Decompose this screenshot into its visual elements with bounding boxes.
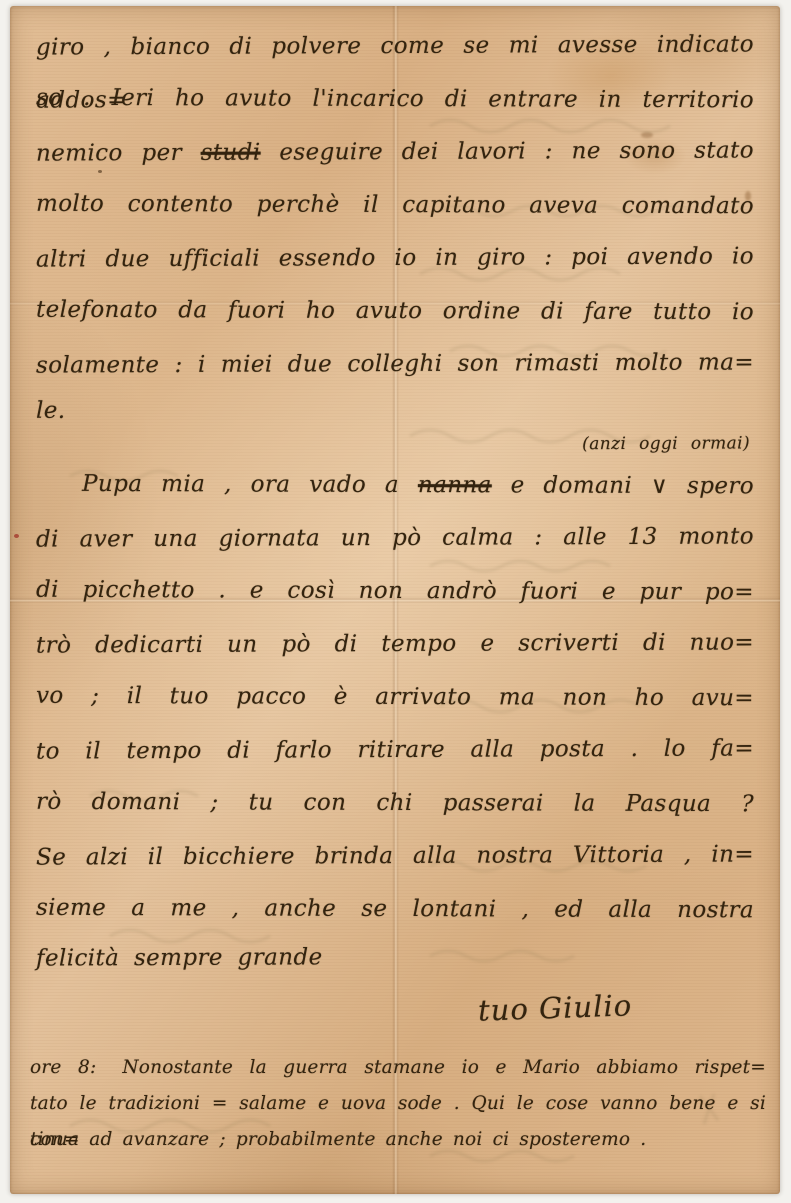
text-run: (anzi oggi ormai) (582, 433, 750, 454)
text-run: solamente : i miei due colleghi son rima… (36, 349, 754, 378)
text-run: Se alzi il bicchiere brinda alla nostra … (36, 841, 754, 870)
struck-word: studi (201, 140, 261, 166)
letter-line: telefonato da fuori ho avuto ordine di f… (36, 284, 754, 340)
letter-line: di picchetto . e così non andrò fuori e … (36, 564, 754, 620)
letter-line: trò dedicarti un pò di tempo e scriverti… (36, 616, 754, 672)
postscript-line: tinua ad avanzare ; probabilmente anche … (30, 1122, 766, 1158)
text-run: e domani ∨ spero (492, 472, 754, 499)
letter-line: solamente : i miei due colleghi son rima… (36, 336, 754, 392)
signature: tuo Giulio (477, 988, 632, 1027)
letter-line: sieme a me , anche se lontani , ed alla … (36, 882, 754, 938)
letter-line: Pupa mia , ora vado a nanna e domani ∨ s… (36, 458, 754, 514)
text-run: nemico per (36, 140, 201, 167)
text-run: le. (36, 398, 66, 424)
letter-page: giro , bianco di polvere come se mi aves… (10, 6, 780, 1194)
postscript: ore 8:Nonostante la guerra stamane io e … (30, 1050, 766, 1158)
postscript-time-label: ore 8: (30, 1057, 96, 1078)
letter-line: vo ; il tuo pacco è arrivato ma non ho a… (36, 670, 754, 726)
text-run: di aver una giornata un pò calma : alle … (36, 523, 754, 552)
postscript-line: tato le tradizioni = salame e uova sode … (30, 1086, 766, 1122)
text-run: telefonato da fuori ho avuto ordine di f… (36, 297, 754, 326)
letter-line: rò domani ; tu con chi passerai la Pasqu… (36, 776, 754, 832)
text-run: altri due ufficiali essendo io in giro :… (36, 243, 754, 272)
letter-line: le. (36, 390, 754, 435)
text-run: trò dedicarti un pò di tempo e scriverti… (36, 629, 754, 658)
text-run: Pupa mia , ora vado a (82, 471, 418, 498)
letter-line: giro , bianco di polvere come se mi aves… (36, 18, 754, 74)
text-run: to il tempo di farlo ritirare alla posta… (36, 735, 754, 764)
text-run: molto contento perchè il capitano aveva … (36, 191, 754, 220)
letter-line: to il tempo di farlo ritirare alla posta… (36, 722, 754, 778)
text-run: eseguire dei lavori : ne sono stato (261, 137, 754, 165)
letter-line: di aver una giornata un pò calma : alle … (36, 510, 754, 566)
text-run: sieme a me , anche se lontani , ed alla … (36, 895, 754, 924)
postscript-line: ore 8:Nonostante la guerra stamane io e … (30, 1050, 766, 1086)
letter-line: felicità sempre grande (36, 934, 754, 979)
letter-line: so . Ieri ho avuto l'incarico di entrare… (36, 72, 754, 128)
letter-line: Se alzi il bicchiere brinda alla nostra … (36, 828, 754, 884)
letter-line: nemico per studi eseguire dei lavori : n… (36, 124, 754, 180)
text-run: vo ; il tuo pacco è arrivato ma non ho a… (36, 683, 754, 712)
text-run: rò domani ; tu con chi passerai la Pasqu… (36, 789, 754, 818)
text-run: felicità sempre grande (36, 944, 323, 971)
letter-line: altri due ufficiali essendo io in giro :… (36, 230, 754, 286)
letter-line: molto contento perchè il capitano aveva … (36, 178, 754, 234)
ink-speck (14, 534, 19, 538)
text-run: Nonostante la guerra stamane io e Mario … (122, 1057, 766, 1078)
letter-line: (anzi oggi ormai) (36, 431, 754, 460)
text-run: di picchetto . e così non andrò fuori e … (36, 577, 754, 606)
letter-body: giro , bianco di polvere come se mi aves… (36, 20, 754, 978)
text-run: tinua ad avanzare ; probabilmente anche … (30, 1129, 646, 1150)
text-run: so . Ieri ho avuto l'incarico di entrare… (36, 85, 754, 114)
struck-word: nanna (418, 472, 492, 498)
